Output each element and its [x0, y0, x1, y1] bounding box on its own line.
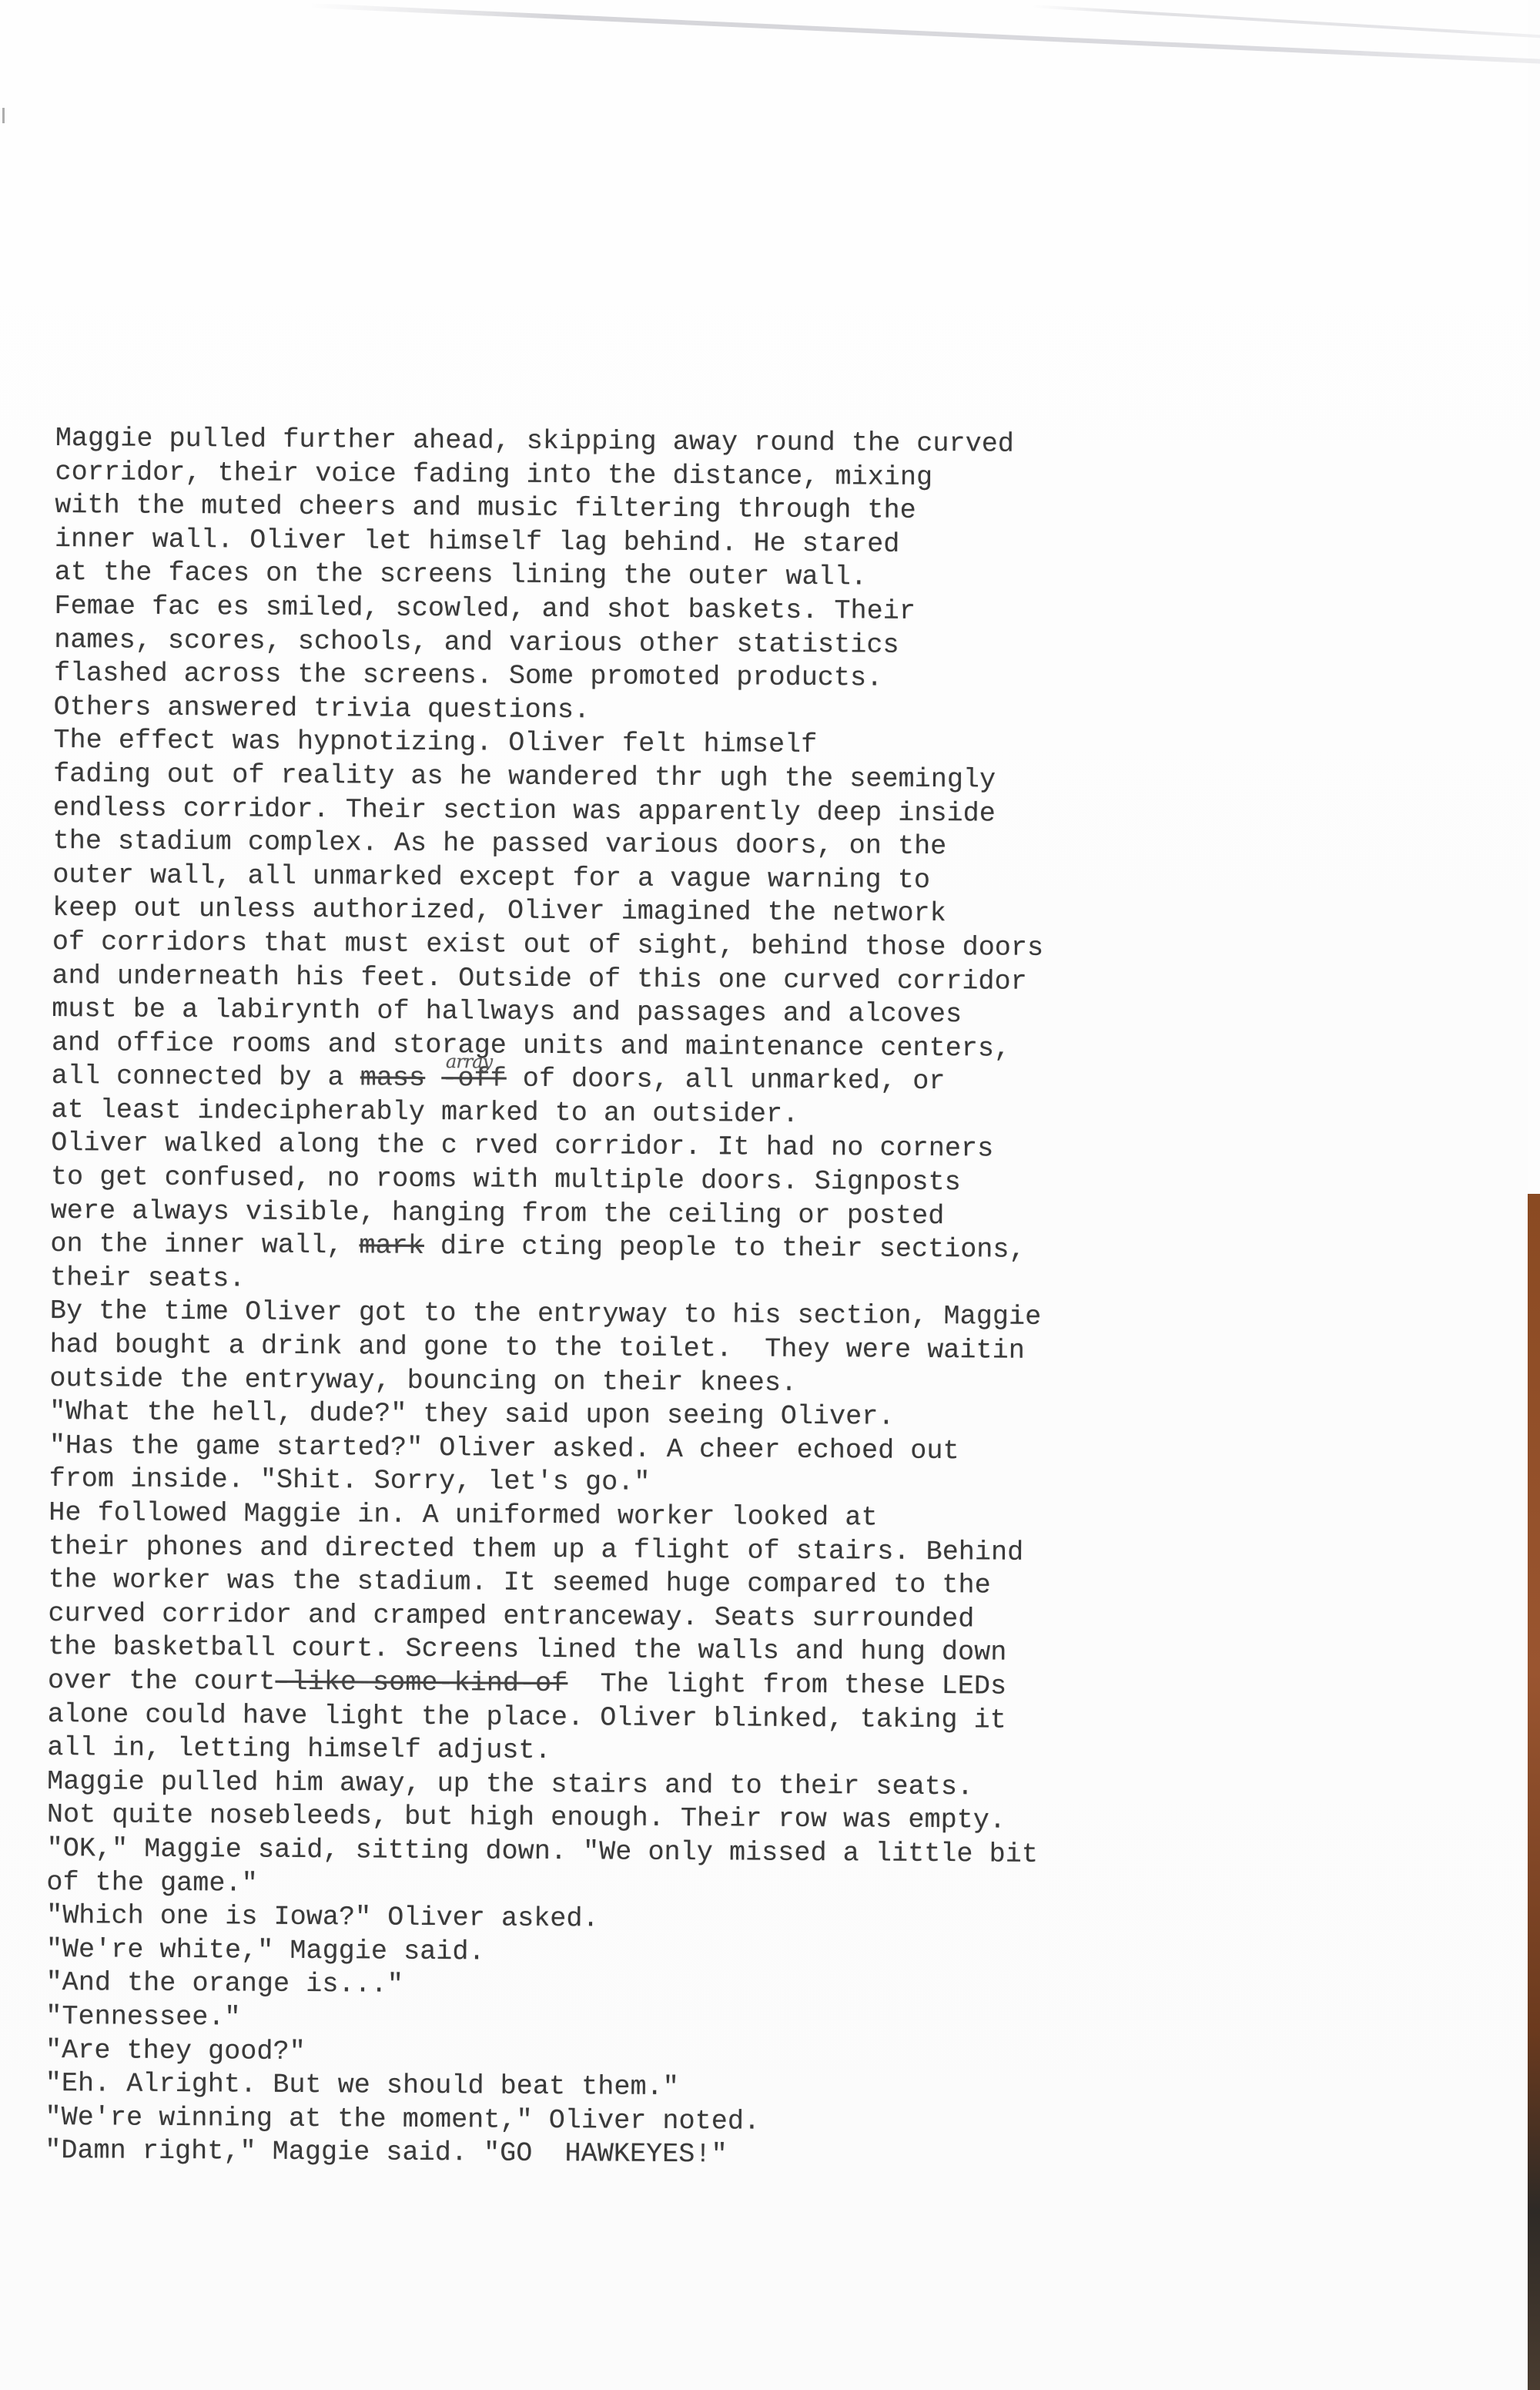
text-segment: on the inner wall, — [50, 1229, 359, 1261]
paper-fold-shadow-secondary — [1032, 5, 1540, 39]
text-segment: all connected by a — [52, 1061, 360, 1093]
handwritten-correction: array — [446, 1045, 492, 1079]
edge-mark — [2, 108, 5, 123]
typewritten-text: Maggie pulled further ahead, skipping aw… — [45, 422, 1441, 2177]
paper-fold-shadow — [308, 3, 1540, 64]
text-segment: of doors, all unmarked, or — [507, 1064, 946, 1097]
struck-word: mass — [360, 1063, 426, 1094]
desk-surface-edge — [1528, 1194, 1540, 2390]
struck-word: mark — [359, 1231, 424, 1262]
struck-phrase: -like-some-kind-of — [275, 1667, 567, 1699]
text-segment: over the court — [48, 1665, 276, 1698]
text-segment: The light from these LEDs — [567, 1668, 1006, 1701]
text-segment: dire cting people to their sections, — [424, 1231, 1026, 1265]
paper-sheet: Maggie pulled further ahead, skipping aw… — [0, 0, 1528, 2390]
text-segment — [425, 1063, 441, 1094]
